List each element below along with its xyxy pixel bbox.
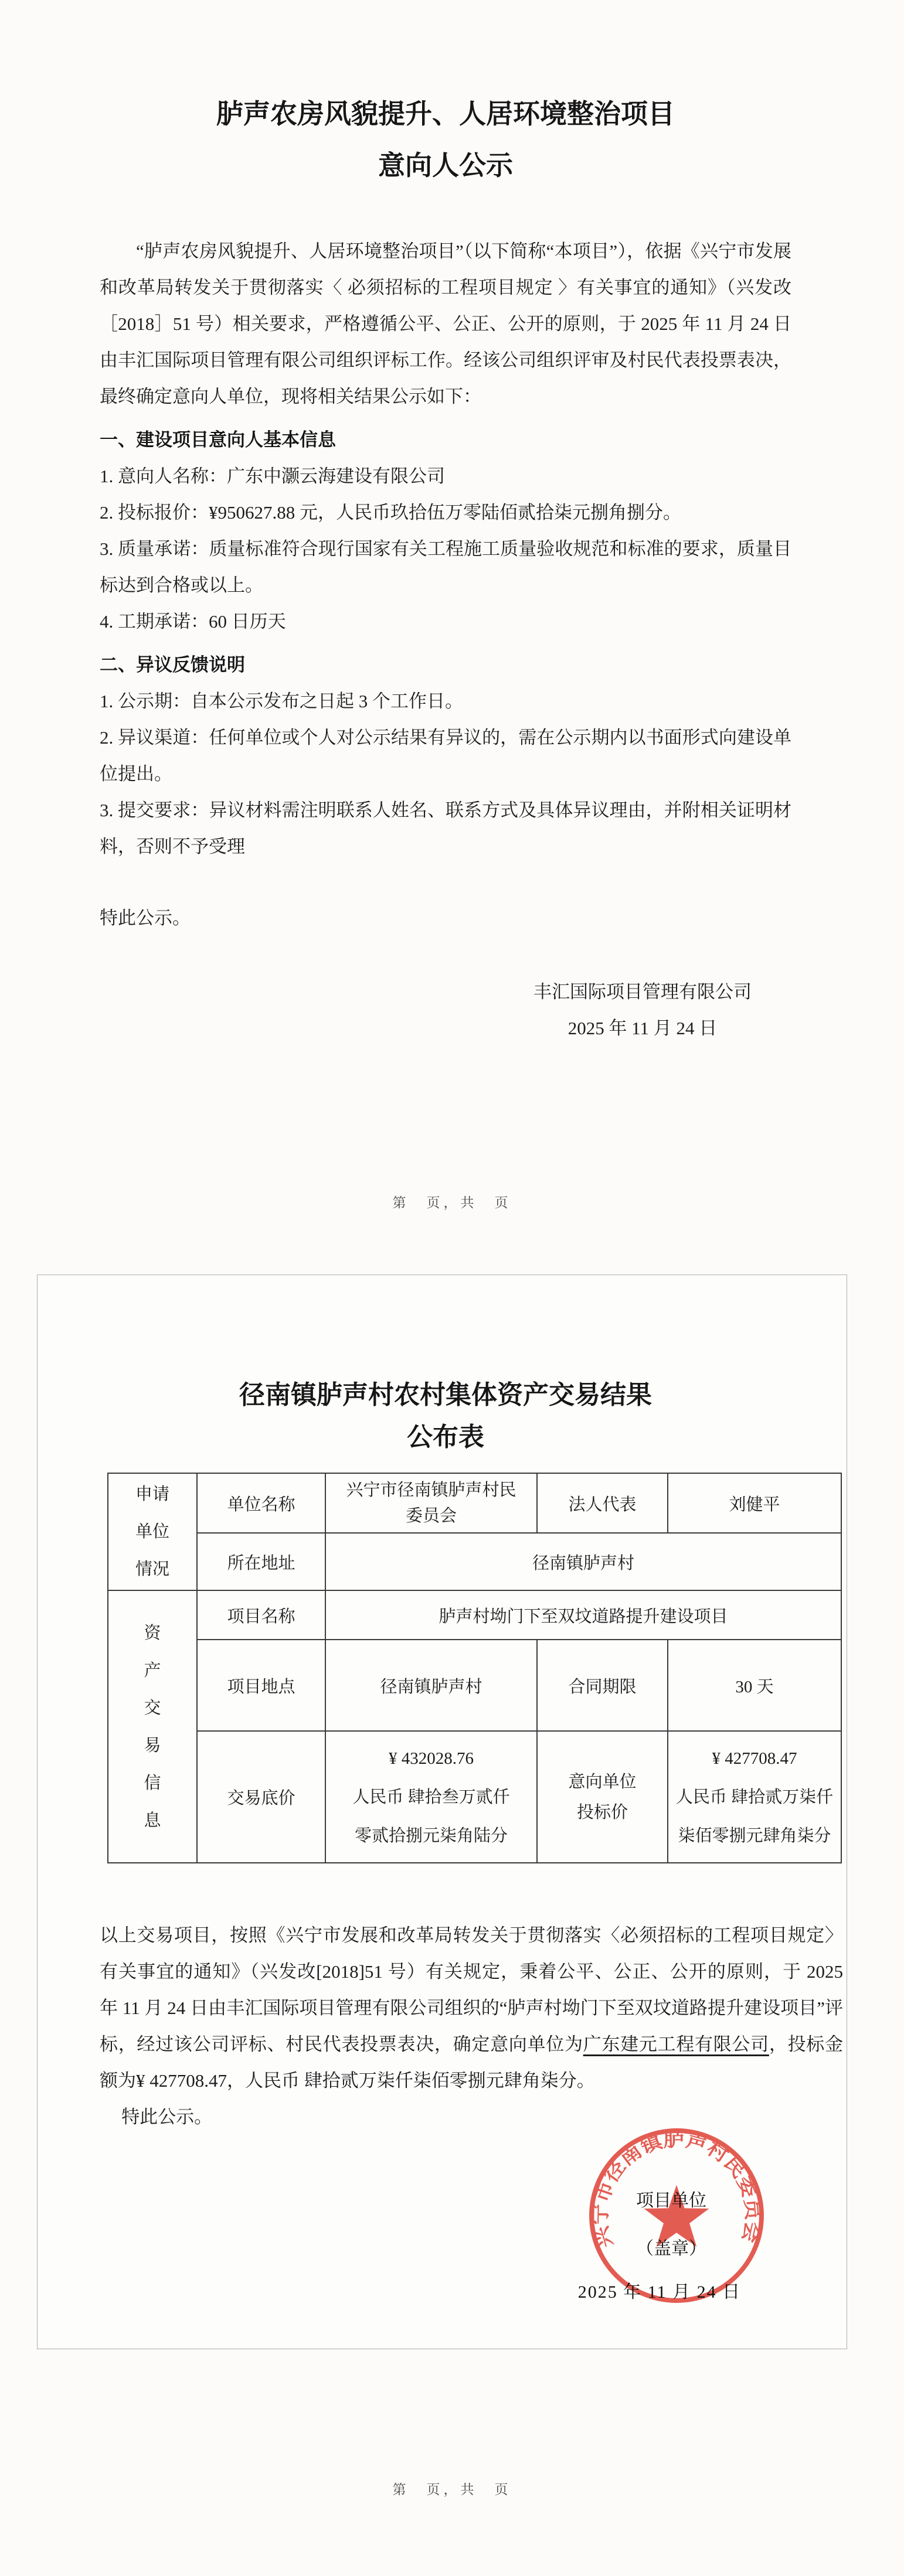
page-2-footer: 第 页，共 页 [0,2472,904,2508]
bid-amount: ¥ 427708.47 [668,1739,841,1778]
floor-price-value-cell: ¥ 432028.76 人民币 肆拾叁万贰仟 零贰拾捌元柒角陆分 [325,1731,537,1863]
asset-group-label: 资产交易信息 [144,1614,161,1839]
location-label-cell: 项目地点 [197,1640,325,1731]
list-item: 2. 投标报价：¥950627.88 元，人民币玖拾伍万零陆佰贰拾柒元捌角捌分。 [100,495,791,531]
table-row: 所在地址 径南镇胪声村 [108,1533,841,1590]
page-1-footer: 第 页，共 页 [0,1185,904,1221]
page-1-announcement: 胪声农房风貌提升、人居环境整治项目意向人公示 “胪声农房风貌提升、人居环境整治项… [100,88,791,1047]
doc1-sign-date: 2025 年 11 月 24 日 [508,1010,777,1047]
table-row: 交易底价 ¥ 432028.76 人民币 肆拾叁万贰仟 零贰拾捌元柒角陆分 意向… [108,1731,841,1863]
unit-name-value-cell: 兴宁市径南镇胪声村民委员会 [325,1473,537,1533]
contract-label-cell: 合同期限 [537,1640,668,1731]
doc1-title-line1: 胪声农房风貌提升、人居环境整治项目 [216,98,675,129]
address-value-cell: 径南镇胪声村 [325,1533,841,1590]
doc2-title: 径南镇胪声村农村集体资产交易结果公布表 [100,1374,791,1459]
list-item: 1. 意向人名称：广东中灏云海建设有限公司 [100,458,791,495]
table-row: 项目地点 径南镇胪声村 合同期限 30 天 [108,1640,841,1731]
legal-rep-value-cell: 刘健平 [668,1473,841,1533]
bid-words-1: 人民币 肆拾贰万柒仟 [668,1778,841,1817]
bid-words-2: 柒佰零捌元肆角柒分 [668,1817,841,1855]
doc2-sign-date: 2025 年 11 月 24 日 [551,2277,768,2303]
project-name-value-cell: 胪声村坳门下至双坟道路提升建设项目 [325,1590,841,1640]
list-item: 3. 提交要求：异议材料需注明联系人姓名、联系方式及具体异议理由，并附相关证明材… [100,792,791,865]
doc2-title-wrap: 径南镇胪声村农村集体资产交易结果公布表 [100,1374,791,1459]
seal-stamp-label: （盖章） [598,2234,745,2260]
bid-label: 意向单位投标价 [563,1767,641,1828]
applicant-group-cell: 申请单位情况 [108,1473,197,1590]
doc1-closing: 特此公示。 [100,900,791,936]
seal-unit-label: 项目单位 [598,2186,745,2212]
floor-price-label-cell: 交易底价 [197,1731,325,1863]
floor-price-words-1: 人民币 肆拾叁万贰仟 [326,1778,536,1817]
list-item: 4. 工期承诺：60 日历天 [100,604,791,640]
list-item: 2. 异议渠道：任何单位或个人对公示结果有异议的，需在公示期内以书面形式向建设单… [100,720,791,792]
table-row: 资产交易信息 项目名称 胪声村坳门下至双坟道路提升建设项目 [108,1590,841,1640]
doc2-title-line2: 公布表 [407,1423,484,1451]
unit-name-value: 兴宁市径南镇胪声村民委员会 [339,1477,524,1529]
doc1-signature-block: 丰汇国际项目管理有限公司 2025 年 11 月 24 日 [508,974,777,1047]
scanned-document-canvas: 胪声农房风貌提升、人居环境整治项目意向人公示 “胪声农房风貌提升、人居环境整治项… [0,0,904,2576]
doc1-signer: 丰汇国际项目管理有限公司 [508,974,777,1010]
list-item: 1. 公示期：自本公示发布之日起 3 个工作日。 [100,683,791,720]
bid-value-cell: ¥ 427708.47 人民币 肆拾贰万柒仟 柒佰零捌元肆角柒分 [668,1731,841,1863]
doc2-result-section: 以上交易项目，按照《兴宁市发展和改革局转发关于贯彻落实〈必须招标的工程项目规定〉… [100,1917,843,2135]
unit-name-label-cell: 单位名称 [197,1473,325,1533]
address-label-cell: 所在地址 [197,1533,325,1590]
doc1-intro-paragraph: “胪声农房风貌提升、人居环境整治项目”（以下简称“本项目”），依据《兴宁市发展和… [100,233,791,415]
table-row: 申请单位情况 单位名称 兴宁市径南镇胪声村民委员会 法人代表 刘健平 [108,1473,841,1533]
location-value-cell: 径南镇胪声村 [325,1640,537,1731]
doc2-result-paragraph: 以上交易项目，按照《兴宁市发展和改革局转发关于贯彻落实〈必须招标的工程项目规定〉… [100,1917,843,2099]
asset-group-cell: 资产交易信息 [108,1590,197,1863]
asset-transaction-table: 申请单位情况 单位名称 兴宁市径南镇胪声村民委员会 法人代表 刘健平 所在地址 … [107,1473,842,1863]
contract-value-cell: 30 天 [668,1640,841,1731]
doc1-title: 胪声农房风貌提升、人居环境整治项目意向人公示 [100,88,791,191]
list-item: 3. 质量承诺：质量标准符合现行国家有关工程施工质量验收规范和标准的要求，质量目… [100,531,791,604]
project-name-label-cell: 项目名称 [197,1590,325,1640]
applicant-group-label: 申请单位情况 [134,1476,171,1588]
bid-label-cell: 意向单位投标价 [537,1731,668,1863]
doc1-title-line2: 意向人公示 [378,150,513,180]
winning-company-name: 广东建元工程有限公司 [583,2034,769,2054]
doc1-section1-heading: 一、建设项目意向人基本信息 [100,422,791,458]
doc2-title-line1: 径南镇胪声村农村集体资产交易结果 [239,1381,652,1409]
floor-price-amount: ¥ 432028.76 [326,1739,536,1778]
floor-price-words-2: 零贰拾捌元柒角陆分 [326,1817,536,1855]
legal-rep-label-cell: 法人代表 [537,1473,668,1533]
doc1-section2-heading: 二、异议反馈说明 [100,647,791,683]
